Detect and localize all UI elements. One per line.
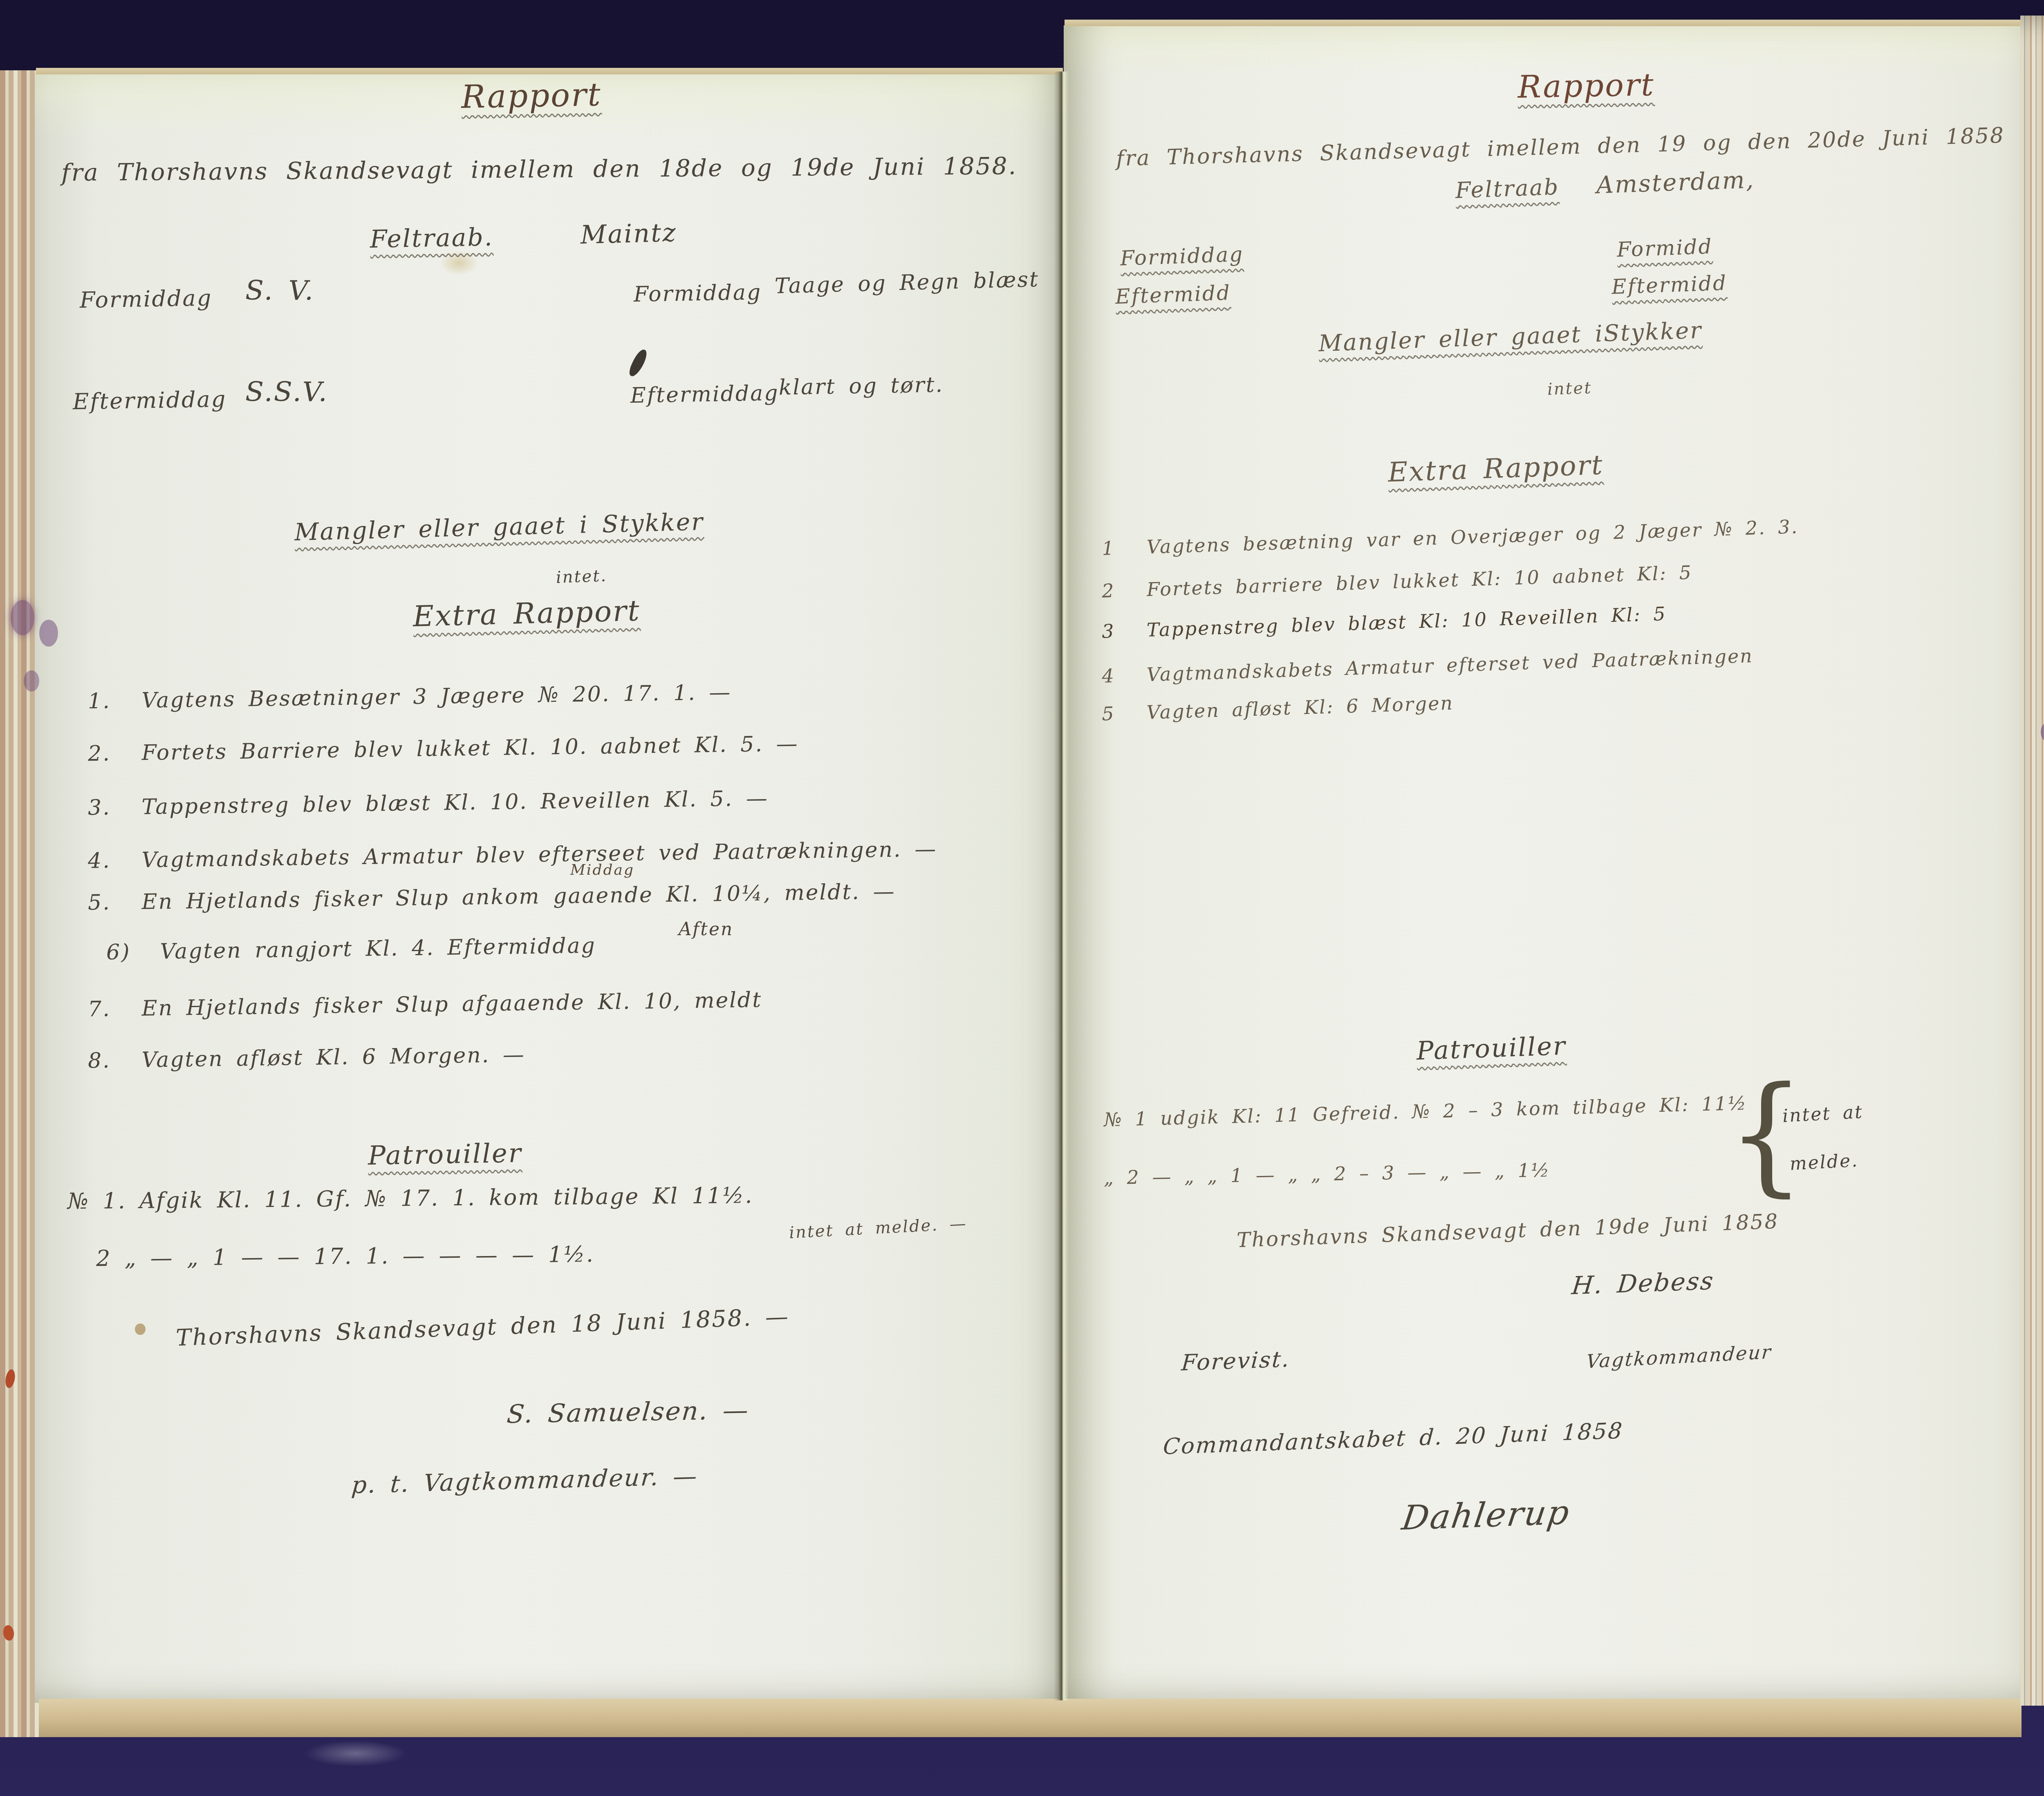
left-patrol-line2: 2 „ — „ 1 — — 17. 1. — — — — 1½.: [96, 1241, 595, 1272]
purple-edge-blotch: [11, 600, 34, 635]
purple-edge-blotch: [39, 620, 58, 647]
item-number: 5: [1101, 702, 1135, 725]
left-afternoon-wind: S.S.V.: [245, 376, 328, 408]
camera-glare: [305, 1740, 407, 1767]
left-afternoon-label: Eftermiddag: [72, 386, 226, 415]
item-number: 4: [1102, 664, 1135, 687]
item-number: 8.: [88, 1048, 129, 1073]
right-patrol-heading: Patrouiller: [1416, 1031, 1567, 1066]
right-patrol-note-line1: intet at: [1782, 1102, 1864, 1126]
left-signature: S. Samuelsen. —: [506, 1395, 751, 1429]
item-number: 7.: [88, 997, 129, 1021]
right-password-label: Feltraab: [1455, 174, 1560, 204]
left-password-value: Maintz: [580, 217, 677, 250]
right-page-top-edge: [1065, 20, 2021, 26]
right-report-title: Rapport: [1471, 65, 1701, 106]
item-number: 6): [106, 940, 148, 965]
item-number: 4.: [88, 848, 129, 873]
left-password-label: Feltraab.: [370, 223, 493, 253]
left-item5-superscript-note: Middag: [570, 862, 634, 878]
bottom-page-edges: [39, 1699, 2022, 1737]
right-fore-edge-page-stack: [2020, 16, 2044, 1706]
right-col1-forenoon: Formiddag: [1120, 242, 1244, 271]
book-gutter: [1054, 72, 1069, 1700]
right-defects-value: intet: [1547, 378, 1592, 399]
item-number: 2: [1102, 579, 1135, 602]
right-col1-afternoon: Eftermidd: [1115, 281, 1231, 309]
left-item6-superscript-note: Aften: [679, 919, 733, 940]
item-number: 3: [1101, 619, 1135, 642]
item-number: 2.: [88, 741, 129, 766]
item-number: 1: [1102, 536, 1135, 559]
item-number: 5.: [88, 890, 129, 915]
patrol-note-brace: {: [1727, 1059, 1806, 1209]
left-afternoon-weather-label: Eftermiddag: [630, 381, 780, 408]
right-signature: H. Debess: [1570, 1267, 1716, 1300]
right-col2-forenoon: Formidd: [1616, 235, 1713, 262]
purple-edge-blotch: [24, 670, 39, 692]
right-seen-label: Forevist.: [1181, 1346, 1291, 1375]
left-afternoon-weather: klart og tørt.: [779, 372, 944, 400]
left-page-top-edge: [36, 68, 1063, 74]
right-password-value: Amsterdam,: [1596, 166, 1755, 199]
right-col2-afternoon: Eftermidd: [1611, 271, 1728, 299]
item-number: 3.: [88, 795, 129, 820]
photograph-of-open-logbook: Rapport fra Thorshavns Skandsevagt imell…: [0, 0, 2044, 1796]
left-extra-heading: Extra Rapport: [412, 594, 641, 634]
left-forenoon-label: Formiddag: [79, 285, 212, 313]
left-defects-value: intet.: [556, 567, 607, 587]
right-commandant-signature: Dahlerup: [1399, 1493, 1573, 1538]
paper-stain: [135, 1323, 146, 1335]
item-number: 1.: [88, 689, 129, 714]
paper-stain: [439, 250, 478, 275]
left-forenoon-wind: S. V.: [245, 275, 314, 306]
left-forenoon-weather-label: Formiddag: [634, 280, 762, 307]
left-patrol-heading: Patrouiller: [368, 1138, 522, 1171]
left-report-title: Rapport: [425, 76, 638, 116]
right-patrol-note-line2: melde.: [1789, 1150, 1859, 1175]
